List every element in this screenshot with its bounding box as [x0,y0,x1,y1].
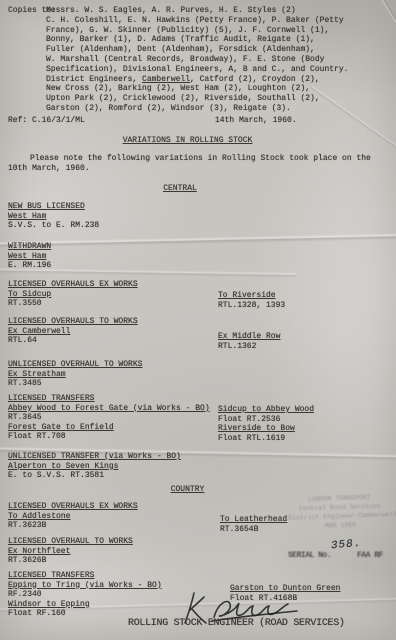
block-unlicensed-overhaul-to-works: UNLICENSED OVERHAUL TO WORKS Ex Streatha… [8,360,142,389]
stock-number: Float RT.708 [8,432,210,442]
ref-number: Ref: C.16/3/1/ML [8,116,85,125]
block-licensed-overhauls-ex-works-central: LICENSED OVERHAULS EX WORKS To Sidcup RT… [8,280,138,309]
stock-number: RTL.1362 [218,342,280,352]
block-licensed-transfers-central: LICENSED TRANSFERS Abbey Wood to Forest … [8,394,210,442]
block-unlicensed-transfer: UNLICENSED TRANSFER (via Works - BO) Alp… [8,452,181,481]
serial-number-stamp: SERIAL No. [288,551,331,560]
destination: Ex Camberwell [8,327,138,337]
copies-line: W. Marshall (Central Records, Broadway),… [46,55,348,65]
right-column: Sidcup to Abbey Wood Float RT.2536 River… [218,405,314,443]
block-heading: UNLICENSED TRANSFER (via Works - BO) [8,452,181,462]
transfer-route: Epping to Tring (via Works - BO) [8,581,162,591]
block-licensed-overhauls-ex-works-country: LICENSED OVERHAULS EX WORKS To Addleston… [8,502,138,531]
block-new-bus-licensed: NEW BUS LICENSED West Ham S.V.S. to E. R… [8,202,99,231]
intro-line-1: Please note the following variations in … [30,154,371,163]
paper-crease [0,229,396,251]
copies-line: District Engineers, Camberwell, Catford … [46,75,348,85]
document-title: VARIATIONS IN ROLLING STOCK [0,136,375,145]
stock-number: RT.3485 [8,379,142,389]
copies-line: New Cross (2), Barking (2), West Ham (2)… [46,84,348,94]
rubber-stamp: LONDON TRANSPORT Central Road Services D… [287,492,392,532]
stock-number: Float RT.2536 [218,415,314,425]
right-column: To Leatherhead RT.3654B [220,515,287,534]
block-heading: WITHDRAWN [8,242,51,252]
transfer-route: Sidcup to Abbey Wood [218,405,314,415]
destination: Ex Middle Row [218,332,280,342]
transfer-route: Alperton to Seven Kings [8,462,181,472]
section-heading-country: COUNTRY [0,485,375,494]
section-heading-central: CENTRAL [0,184,360,193]
stock-number: RF.2340 [8,590,162,600]
illegible-stamp: FAA RF [357,551,383,560]
stock-number: RTL.64 [8,336,138,346]
stock-number: RT.3645 [8,413,210,423]
garage-name: West Ham [8,212,99,222]
copies-line: Garston (2), Romford (2), Windsor (3), R… [46,104,348,114]
block-heading: LICENSED TRANSFERS [8,571,162,581]
copies-line: Bonny, Barker (1), D. Adams (Traffic Aud… [46,35,348,45]
destination: To Addlestone [8,512,138,522]
block-licensed-overhaul-to-works-country: LICENSED OVERHAUL TO WORKS Ex Northfleet… [8,537,133,566]
transfer-route: Forest Gate to Enfield [8,423,210,433]
scanned-document-page: Copies to: Messrs. W. S. Eagles, A. R. P… [0,0,396,640]
intro-line-2: 10th March, 1960. [8,164,90,173]
block-heading: LICENSED OVERHAULS EX WORKS [8,502,138,512]
stock-number: RT.3623B [8,521,138,531]
stock-detail: E. to S.V.S. RT.3581 [8,471,181,481]
letter-date: 14th March, 1960. [215,116,297,125]
block-licensed-transfers-country: LICENSED TRANSFERS Epping to Tring (via … [8,571,162,619]
paper-crease [362,0,396,100]
copies-line: France), G. W. Skinner (Publicity) (5), … [46,26,348,36]
stock-number: Float RTL.1619 [218,434,314,444]
transfer-route: Abbey Wood to Forest Gate (via Works - B… [8,404,210,414]
block-licensed-overhauls-to-works-central: LICENSED OVERHAULS TO WORKS Ex Camberwel… [8,317,138,346]
copies-line: C. H. Coleshill, E. N. Hawkins (Petty Fr… [46,16,348,26]
copies-line: Messrs. W. S. Eagles, A. R. Purves, H. E… [46,6,348,16]
block-heading: LICENSED OVERHAULS TO WORKS [8,317,138,327]
copies-line: Upton Park (2), Cricklewood (2), Riversi… [46,94,348,104]
block-withdrawn: WITHDRAWN West Ham E. RM.196 [8,242,51,271]
garage-name: West Ham [8,252,51,262]
block-heading: NEW BUS LICENSED [8,202,99,212]
transfer-route: Riverside to Bow [218,424,314,434]
block-heading: LICENSED OVERHAULS EX WORKS [8,280,138,290]
stock-number: RTL.1328, 1393 [218,301,285,311]
stock-detail: S.V.S. to E. RM.238 [8,221,99,231]
signature-title: ROLLING STOCK ENGINEER (ROAD SERVICES) [128,618,345,629]
copies-line: Fuller (Aldenham), Dent (Aldenham), Fors… [46,45,348,55]
destination: To Riverside [218,291,285,301]
right-column: Ex Middle Row RTL.1362 [218,332,280,351]
stock-number: RT.3626B [8,556,133,566]
block-heading: LICENSED TRANSFERS [8,394,210,404]
block-heading: UNLICENSED OVERHAUL TO WORKS [8,360,142,370]
copies-list: Messrs. W. S. Eagles, A. R. Purves, H. E… [46,6,348,114]
transfer-route: Windsor to Epping [8,600,162,610]
stock-number: RT.3654B [220,525,287,535]
destination: Ex Northfleet [8,547,133,557]
right-column: To Riverside RTL.1328, 1393 [218,291,285,310]
stock-detail: E. RM.196 [8,261,51,271]
destination: To Leatherhead [220,515,287,525]
destination: Ex Streatham [8,370,142,380]
destination: To Sidcup [8,290,138,300]
stock-number: RT.3550 [8,299,138,309]
copies-line: Specification), Divisional Engineers, A,… [46,65,348,75]
block-heading: LICENSED OVERHAUL TO WORKS [8,537,133,547]
